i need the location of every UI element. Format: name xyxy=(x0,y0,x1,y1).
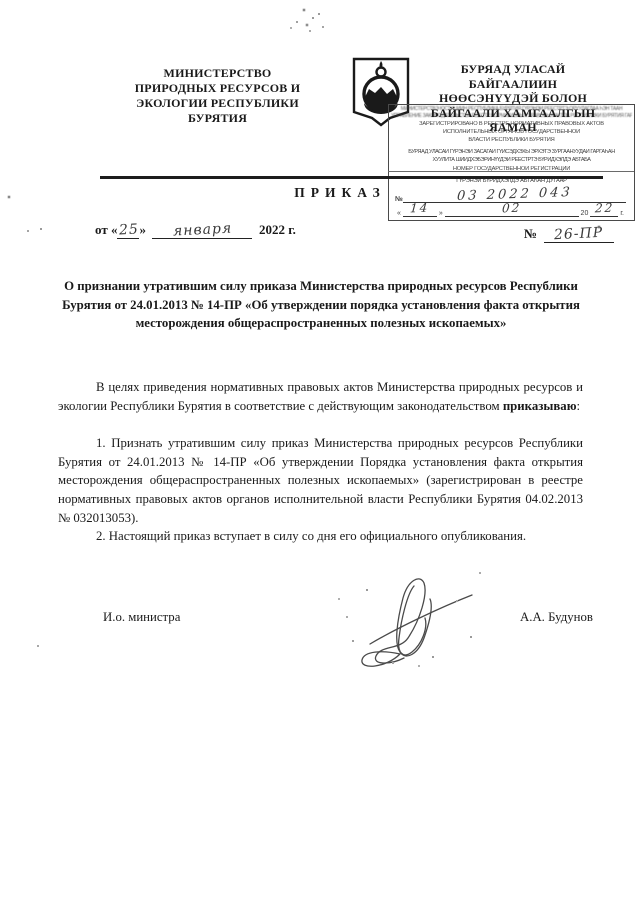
date-year: 2022 г. xyxy=(259,222,296,237)
stamp-text-line: ГҮРЭНЭЙ БҮРИДХЭЛДЭ АБТАҺАН ДУГААР xyxy=(397,178,626,184)
stamp-text-line: ВЛАСТИ РЕСПУБЛИКИ БУРЯТИЯ xyxy=(397,137,626,143)
org-line: МИНИСТЕРСТВО xyxy=(80,66,355,81)
org-line: БУРЯТИЯ xyxy=(80,111,355,126)
stamp-date-row: « 14 » 02 20 22 г. xyxy=(395,203,626,217)
stamp-month-handwritten: 02 xyxy=(502,202,522,215)
stamp-text-line: БУРЯАД УЛАСАЙ ГҮРЭНЭЙ ЗАСАГАЙ ГҮЙСЭДХЭХЫ… xyxy=(391,149,632,155)
body-paragraph-1: В целях приведения нормативных правовых … xyxy=(58,378,583,415)
date-prefix: от « xyxy=(95,222,117,237)
date-month-handwritten: января xyxy=(172,220,232,239)
number-slot: 26-ПР xyxy=(544,226,614,243)
stamp-day-line: 14 xyxy=(403,200,437,217)
org-line: ЯАМАН xyxy=(403,120,623,135)
org-line: НӨӨСЭНҮҮДЭЙ БОЛОН xyxy=(403,91,623,106)
ministry-name-buryat: БУРЯАД УЛАСАЙ БАЙГААЛИИН НӨӨСЭНҮҮДЭЙ БОЛ… xyxy=(403,62,623,135)
org-line: ПРИРОДНЫХ РЕСУРСОВ И xyxy=(80,81,355,96)
body-paragraph-3: 2. Настоящий приказ вступает в силу со д… xyxy=(58,527,583,546)
org-line: БУРЯАД УЛАСАЙ xyxy=(403,62,623,77)
bold-keyword: приказываю xyxy=(503,399,577,413)
stamp-close-quote: » xyxy=(439,210,443,217)
stamp-year-handwritten: 22 xyxy=(594,202,614,215)
org-line: ЭКОЛОГИИ РЕСПУБЛИКИ xyxy=(80,96,355,111)
stamp-text-line: ХУУЛИТА ШИИДХЭБЭРИНҮҮДЭЙ РЕЕСТРТЭ БҮРИДХ… xyxy=(391,157,632,163)
scanned-order-document: МИНИСТЕРСТВО ПРИРОДНЫХ РЕСУРСОВ И ЭКОЛОГ… xyxy=(0,0,640,905)
date-close-quote: » xyxy=(139,222,146,237)
scan-noise-speckles xyxy=(0,0,2,2)
org-line: БАЙГААЛИИН xyxy=(403,77,623,92)
number-label: № xyxy=(524,226,537,241)
date-day-slot: 25 xyxy=(117,222,139,239)
stamp-year-prefix: 20 xyxy=(581,210,589,217)
signer-name: А.А. Будунов xyxy=(520,610,593,625)
order-title: О признании утратившим силу приказа Мини… xyxy=(55,277,587,333)
date-day-handwritten: 25 xyxy=(118,221,139,238)
signer-position: И.о. министра xyxy=(103,610,180,625)
header-divider xyxy=(100,176,603,179)
signature-handwritten xyxy=(342,566,477,668)
org-line: БАЙГААЛИ ХАМГААЛГЫН xyxy=(403,106,623,121)
number-value-handwritten: 26-ПР xyxy=(554,225,604,244)
order-number-line: № 26-ПР xyxy=(524,226,614,243)
order-date-line: от «25» января 2022 г. xyxy=(95,222,296,239)
stamp-month-line: 02 xyxy=(445,200,579,217)
stamp-number-label: № xyxy=(395,196,403,203)
stamp-open-quote: « xyxy=(397,210,401,217)
date-month-slot: января xyxy=(152,222,252,239)
stamp-year-suffix: г. xyxy=(620,210,624,217)
body-paragraph-2: 1. Признать утратившим силу приказ Минис… xyxy=(58,434,583,527)
order-body: В целях приведения нормативных правовых … xyxy=(58,378,583,546)
ministry-name-russian: МИНИСТЕРСТВО ПРИРОДНЫХ РЕСУРСОВ И ЭКОЛОГ… xyxy=(80,66,355,126)
stamp-day-handwritten: 14 xyxy=(410,202,430,215)
stamp-year-line: 22 xyxy=(590,200,618,217)
paragraph-text: : xyxy=(576,399,580,413)
header-divider-thin xyxy=(388,171,634,172)
